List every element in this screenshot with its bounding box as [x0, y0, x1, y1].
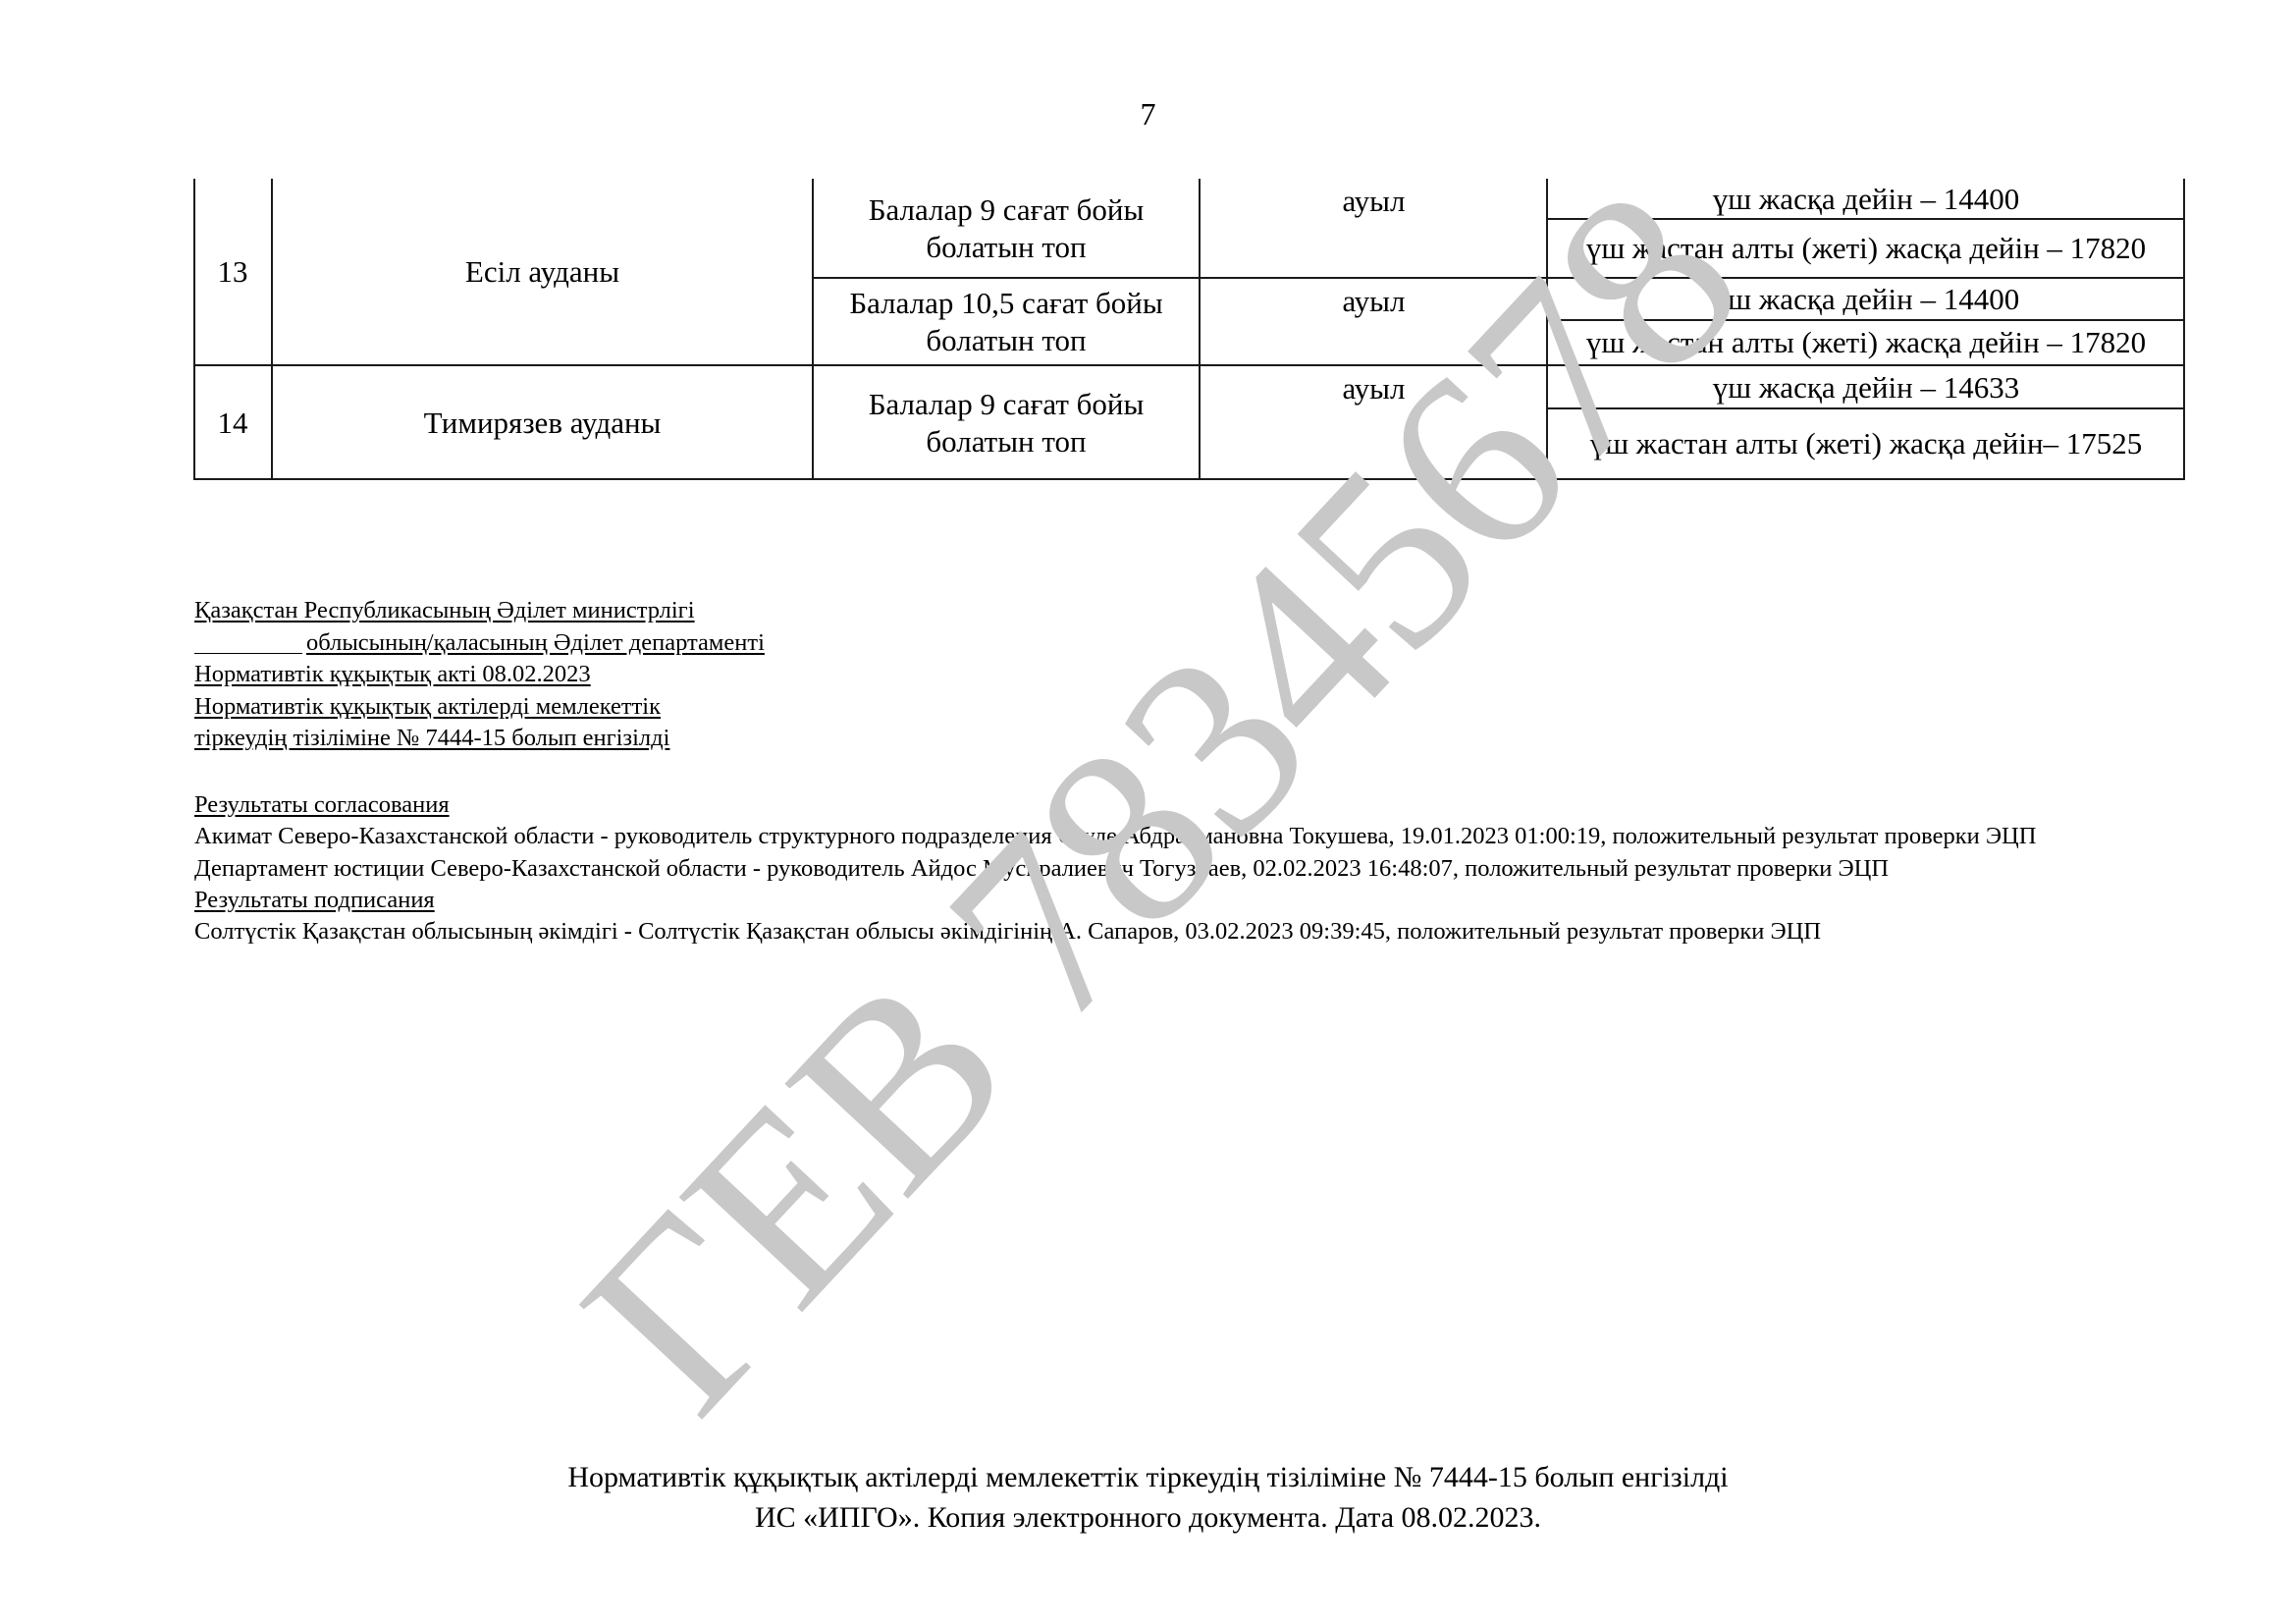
approval-entry: Департамент юстиции Северо-Казахстанской… — [194, 853, 2167, 885]
group-name: Балалар 10,5 сағат бойы болатын топ — [826, 285, 1187, 359]
district-name: Тимирязев ауданы — [424, 405, 662, 442]
cost-cell: үш жастан алты (жеті) жасқа дейін– 17525 — [1548, 409, 2184, 478]
group-name: Балалар 9 сағат бойы болатын топ — [849, 191, 1163, 266]
row-index: 13 — [218, 253, 248, 291]
locality-cell: ауыл — [1201, 179, 1547, 278]
page-number: 7 — [0, 94, 2296, 134]
district-cell: Есіл ауданы — [272, 179, 813, 365]
cost-cell: үш жасқа дейін – 14633 — [1548, 366, 2184, 408]
footer-registration: Нормативтік құқықтық актілерді мемлекетт… — [0, 1457, 2296, 1497]
cost-cell: үш жастан алты (жеті) жасқа дейін – 1782… — [1548, 220, 2184, 277]
cost-cell: үш жастан алты (жеті) жасқа дейін – 1782… — [1548, 321, 2184, 364]
table-row: 14 — [193, 366, 272, 479]
department-line: облысының/қаласының Әділет департаменті — [306, 629, 765, 656]
locality-cell: ауыл — [1201, 366, 1547, 479]
register-number-line: тіркеудің тізіліміне № 7444-15 болып енг… — [194, 725, 669, 751]
row-index: 14 — [218, 405, 248, 442]
locality: ауыл — [1343, 370, 1406, 407]
signature-results: Результаты согласования Акимат Северо-Ка… — [194, 789, 2167, 947]
signing-heading: Результаты подписания — [194, 887, 435, 913]
registration-note: Қазақстан Республикасының Әділет министр… — [194, 595, 765, 755]
footer-copy-note: ИС «ИПГО». Копия электронного документа.… — [0, 1497, 2296, 1538]
locality-cell: ауыл — [1201, 279, 1547, 365]
locality: ауыл — [1343, 283, 1406, 320]
district-name: Есіл ауданы — [465, 253, 619, 291]
approval-entry: Акимат Северо-Казахстанской области - ру… — [194, 821, 2167, 852]
approval-heading: Результаты согласования — [194, 791, 450, 818]
group-cell: Балалар 9 сағат бойы болатын топ — [841, 366, 1171, 479]
district-cell: Тимирязев ауданы — [272, 366, 813, 479]
group-cell: Балалар 10,5 сағат бойы болатын топ — [822, 279, 1191, 365]
cost-cell: үш жасқа дейін – 14400 — [1548, 179, 2184, 219]
tariff-table: 13 Есіл ауданы Балалар 9 сағат бойы бола… — [193, 179, 2185, 480]
cost-cell: үш жасқа дейін – 14400 — [1548, 279, 2184, 320]
signing-entry: Солтүстік Қазақстан облысының әкімдігі -… — [194, 916, 2167, 947]
register-line: Нормативтік құқықтық актілерді мемлекетт… — [194, 693, 661, 720]
table-row: 13 — [193, 179, 272, 365]
group-name: Балалар 9 сағат бойы болатын топ — [849, 386, 1163, 460]
act-date-line: Нормативтік құқықтық акті 08.02.2023 — [194, 661, 591, 687]
locality: ауыл — [1343, 183, 1406, 220]
blank-field — [194, 652, 302, 654]
ministry-line: Қазақстан Республикасының Әділет министр… — [194, 597, 695, 623]
document-footer: Нормативтік құқықтық актілерді мемлекетт… — [0, 1457, 2296, 1538]
group-cell: Балалар 9 сағат бойы болатын топ — [841, 179, 1171, 278]
